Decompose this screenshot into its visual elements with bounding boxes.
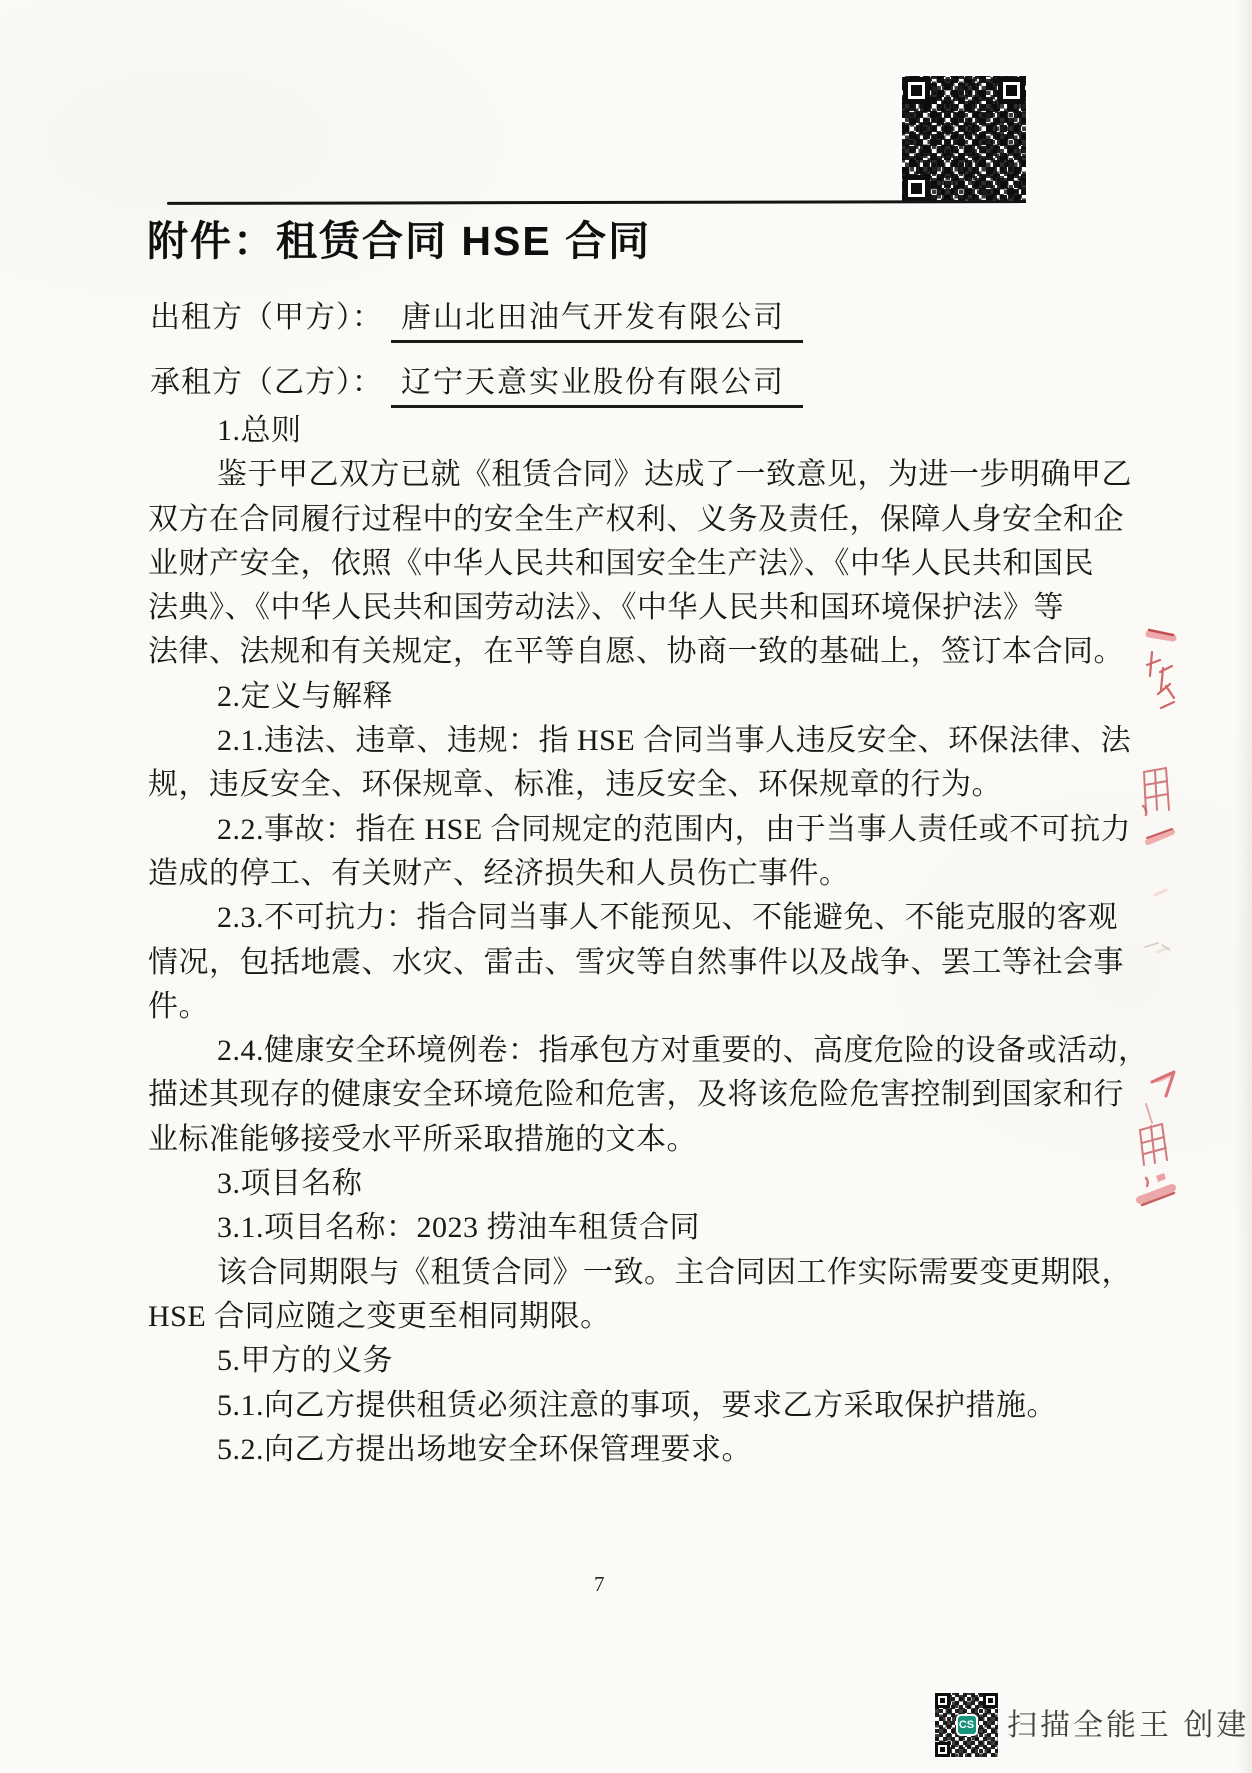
party-b-value: 辽宁天意实业股份有限公司 — [391, 357, 803, 408]
watermark-text: 扫描全能王 创建 — [1007, 1700, 1249, 1744]
camscanner-logo: CS — [956, 1714, 978, 1736]
text-line: 3.项目名称 — [148, 1162, 1058, 1206]
text-line: 2.2.事故：指在 HSE 合同规定的范围内，由于当事人责任或不可抗力 — [148, 808, 1058, 852]
qr-pattern — [902, 76, 1026, 203]
text-line: 业财产安全，依照《中华人民共和国安全生产法》、《中华人民共和国民 — [148, 542, 1058, 586]
qr-finder-icon — [983, 1693, 998, 1708]
text-line: 描述其现存的健康安全环境危险和危害，及将该危险危害控制到国家和行 — [148, 1073, 1058, 1117]
title-rule — [167, 200, 1022, 205]
qr-finder-icon — [935, 1693, 950, 1708]
text-line: 5.甲方的义务 — [148, 1339, 1058, 1383]
camscanner-qr-icon: CS — [933, 1691, 1000, 1759]
text-line: 业标准能够接受水平所采取措施的文本。 — [148, 1118, 1058, 1162]
text-line: 1.总则 — [148, 409, 1058, 453]
text-line: 情况，包括地震、水灾、雷击、雪灾等自然事件以及战争、罢工等社会事 — [148, 941, 1058, 985]
page-number: 7 — [594, 1572, 605, 1597]
qr-finder-icon — [998, 77, 1025, 104]
party-b-label: 承租方（乙方）： — [150, 366, 383, 399]
party-a-label: 出租方（甲方）： — [150, 301, 383, 334]
red-stamp-fragments-icon — [1130, 620, 1185, 1215]
page-title: 附件：租赁合同 HSE 合同 — [147, 208, 651, 267]
camscanner-qr-pattern: CS — [935, 1693, 998, 1757]
text-line: 件。 — [148, 985, 1058, 1029]
qr-code-icon — [900, 74, 1028, 205]
text-line: 3.1.项目名称：2023 捞油车租赁合同 — [148, 1206, 1058, 1250]
party-a-row: 出租方（甲方）：唐山北田油气开发有限公司 — [150, 292, 803, 343]
text-line: 2.4.健康安全环境例卷：指承包方对重要的、高度危险的设备或活动， — [148, 1029, 1058, 1073]
text-line: 法律、法规和有关规定，在平等自愿、协商一致的基础上，签订本合同。 — [148, 630, 1058, 674]
contract-body: 1.总则鉴于甲乙双方已就《租赁合同》达成了一致意见，为进一步明确甲乙双方在合同履… — [148, 409, 1058, 1472]
text-line: 2.1.违法、违章、违规：指 HSE 合同当事人违反安全、环保法律、法 — [148, 719, 1058, 763]
text-line: 规，违反安全、环保规章、标准，违反安全、环保规章的行为。 — [148, 763, 1058, 807]
party-b-row: 承租方（乙方）：辽宁天意实业股份有限公司 — [150, 357, 803, 408]
text-line: 5.2.向乙方提出场地安全环保管理要求。 — [148, 1428, 1058, 1472]
text-line: 双方在合同履行过程中的安全生产权利、义务及责任，保障人身安全和企 — [148, 498, 1058, 542]
qr-finder-icon — [903, 175, 930, 202]
text-line: 法典》、《中华人民共和国劳动法》、《中华人民共和国环境保护法》等 — [148, 586, 1058, 630]
text-line: 鉴于甲乙双方已就《租赁合同》达成了一致意见，为进一步明确甲乙 — [148, 453, 1058, 497]
text-line: 2.定义与解释 — [148, 675, 1058, 719]
qr-finder-icon — [903, 77, 930, 104]
party-a-value: 唐山北田油气开发有限公司 — [391, 292, 803, 343]
qr-finder-icon — [935, 1742, 950, 1757]
text-line: 2.3.不可抗力：指合同当事人不能预见、不能避免、不能克服的客观 — [148, 896, 1058, 940]
text-line: HSE 合同应随之变更至相同期限。 — [148, 1295, 1058, 1339]
text-line: 5.1.向乙方提供租赁必须注意的事项，要求乙方采取保护措施。 — [148, 1384, 1058, 1428]
scanned-contract-page: 附件：租赁合同 HSE 合同 出租方（甲方）：唐山北田油气开发有限公司 承租方（… — [0, 0, 1252, 1773]
text-line: 造成的停工、有关财产、经济损失和人员伤亡事件。 — [148, 852, 1058, 896]
text-line: 该合同期限与《租赁合同》一致。主合同因工作实际需要变更期限， — [148, 1251, 1058, 1295]
